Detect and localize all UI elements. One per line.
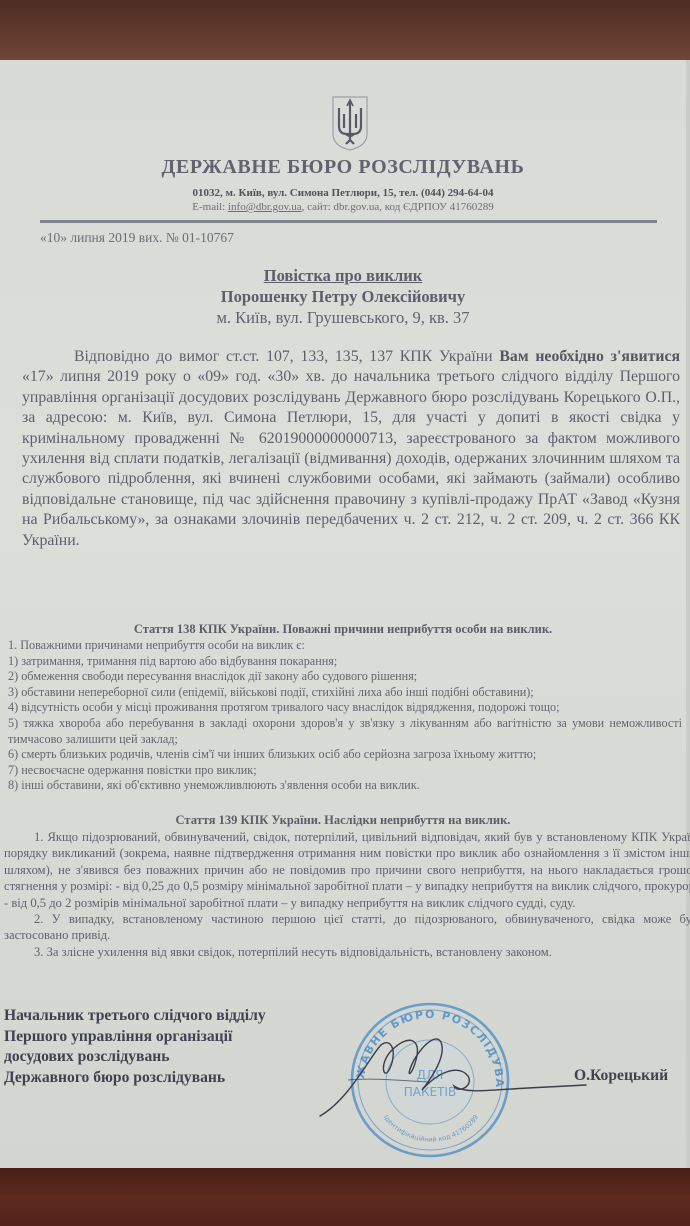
edrpou-code: , код ЄДРПОУ 41760289 bbox=[379, 201, 494, 213]
signer-name: О.Корецький bbox=[574, 1067, 668, 1085]
email-link[interactable]: info@dbr.gov.ua bbox=[228, 201, 302, 213]
article-138-list: 1. Поважними причинами неприбуття особи … bbox=[8, 638, 690, 794]
organization-name: ДЕРЖАВНЕ БЮРО РОЗСЛІДУВАНЬ bbox=[0, 156, 686, 179]
list-item: 1) затримання, тримання під вартою або в… bbox=[8, 654, 690, 670]
letterhead-divider bbox=[40, 220, 657, 223]
body-bold-phrase: Вам необхідно з'явитися bbox=[499, 348, 680, 365]
article-139-paragraph: 1. Якщо підозрюваний, обвинувачений, сві… bbox=[4, 829, 690, 911]
email-label: E-mail: bbox=[192, 201, 228, 213]
body-intro: Відповідно до вимог ст.ст. 107, 133, 135… bbox=[74, 348, 499, 365]
organization-address: 01032, м. Київ, вул. Симона Петлюри, 15,… bbox=[0, 187, 686, 199]
article-139-title: Стаття 139 КПК України. Наслідки неприбу… bbox=[0, 813, 686, 828]
article-139-paragraph: 2. У випадку, встановленому частиною пер… bbox=[4, 911, 690, 944]
position-line: Державного бюро розслідувань bbox=[4, 1068, 266, 1089]
position-line: Начальник третього слідчого відділу bbox=[4, 1006, 266, 1027]
trident-coat-of-arms-icon bbox=[330, 94, 370, 152]
article-139-paragraph: 3. За злісне ухилення від явки свідок, п… bbox=[4, 944, 690, 960]
organization-contacts: E-mail: info@dbr.gov.ua, сайт: dbr.gov.u… bbox=[0, 201, 686, 213]
site-label: , сайт: bbox=[302, 201, 334, 213]
site-link[interactable]: dbr.gov.ua bbox=[333, 201, 379, 213]
article-138-title: Стаття 138 КПК України. Поважні причини … bbox=[0, 622, 686, 637]
article-139-text: 1. Якщо підозрюваний, обвинувачений, сві… bbox=[4, 829, 690, 960]
handwritten-signature bbox=[318, 1020, 588, 1130]
list-item: 6) смерть близьких родичів, членів сім'ї… bbox=[8, 747, 690, 763]
summons-body: Відповідно до вимог ст.ст. 107, 133, 135… bbox=[22, 347, 680, 551]
summons-header: Повістка про виклик Порошенку Петру Олек… bbox=[0, 265, 686, 329]
position-line: Першого управління організації bbox=[4, 1027, 266, 1048]
article-138-lead: 1. Поважними причинами неприбуття особи … bbox=[8, 638, 690, 654]
summons-document: ДЕРЖАВНЕ БЮРО РОЗСЛІДУВАНЬ 01032, м. Киї… bbox=[0, 60, 686, 1172]
outgoing-reference: «10» липня 2019 вих. № 01-10767 bbox=[40, 230, 234, 246]
list-item: 5) тяжка хвороба або перебування в закла… bbox=[8, 716, 682, 747]
position-line: досудових розслідувань bbox=[4, 1047, 266, 1068]
list-item: 8) інші обставини, які об'єктивно унемож… bbox=[8, 778, 690, 794]
body-rest: «17» липня 2019 року о «09» год. «30» хв… bbox=[22, 368, 680, 548]
list-item: 4) відсутність особи у місці проживання … bbox=[8, 700, 690, 716]
summons-title: Повістка про виклик bbox=[0, 265, 686, 286]
list-item: 3) обставини непереборної сили (епідемії… bbox=[8, 685, 690, 701]
signer-position: Начальник третього слідчого відділу Перш… bbox=[4, 1006, 266, 1088]
list-item: 7) несвоєчасне одержання повістки про ви… bbox=[8, 763, 690, 779]
addressee-name: Порошенку Петру Олексійовичу bbox=[0, 286, 686, 307]
list-item: 2) обмеження свободи пересування внаслід… bbox=[8, 669, 690, 685]
addressee-address: м. Київ, вул. Грушевського, 9, кв. 37 bbox=[0, 307, 686, 329]
table-surface-bottom bbox=[0, 1168, 690, 1226]
